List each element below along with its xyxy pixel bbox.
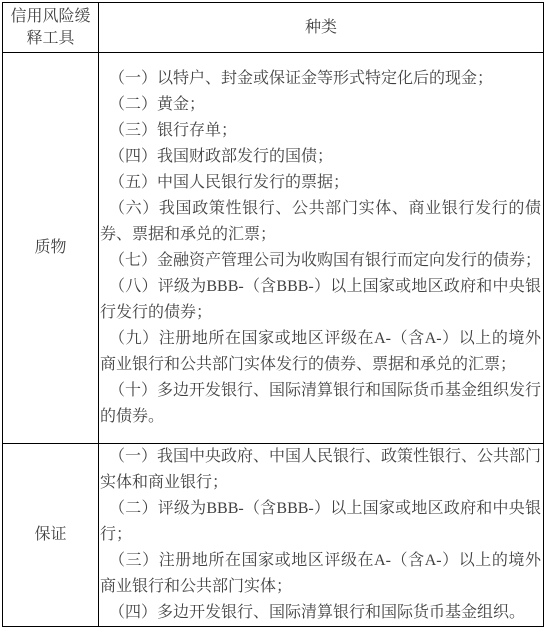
list-item: （四）我国财政部发行的国债；: [100, 144, 541, 170]
list-item: （二）黄金；: [100, 92, 541, 118]
list-item: （七）金融资产管理公司为收购国有银行而定向发行的债券；: [100, 248, 541, 274]
table-row-pledge: 质物 （一）以特户、封金或保证金等形式特定化后的现金； （二）黄金； （三）银行…: [3, 53, 544, 444]
table-header-row: 信用风险缓释工具 种类: [3, 3, 544, 53]
list-item: （九）注册地所在国家或地区评级在A-（含A-）以上的境外商业银行和公共部门实体发…: [100, 326, 541, 378]
header-cell-tool: 信用风险缓释工具: [3, 3, 99, 53]
header-cell-type: 种类: [99, 3, 544, 53]
guarantee-items-cell: （一）我国中央政府、中国人民银行、政策性银行、公共部门实体和商业银行； （二）评…: [99, 444, 544, 627]
row-label-guarantee: 保证: [3, 444, 99, 627]
list-item: （一）我国中央政府、中国人民银行、政策性银行、公共部门实体和商业银行；: [100, 444, 541, 496]
list-item: （八）评级为BBB-（含BBB-）以上国家或地区政府和中央银行发行的债券；: [100, 274, 541, 326]
list-item: （三）注册地所在国家或地区评级在A-（含A-）以上的境外商业银行和公共部门实体；: [100, 548, 541, 600]
list-item: （三）银行存单；: [100, 118, 541, 144]
list-item: （六）我国政策性银行、公共部门实体、商业银行发行的债券、票据和承兑的汇票；: [100, 196, 541, 248]
document-page: 信用风险缓释工具 种类 质物 （一）以特户、封金或保证金等形式特定化后的现金； …: [0, 2, 545, 627]
table-row-guarantee: 保证 （一）我国中央政府、中国人民银行、政策性银行、公共部门实体和商业银行； （…: [3, 444, 544, 627]
list-item: （一）以特户、封金或保证金等形式特定化后的现金；: [100, 66, 541, 92]
row-label-pledge: 质物: [3, 53, 99, 444]
list-item: （十）多边开发银行、国际清算银行和国际货币基金组织发行的债券。: [100, 378, 541, 430]
list-item: （四）多边开发银行、国际清算银行和国际货币基金组织。: [100, 600, 541, 626]
list-item: （二）评级为BBB-（含BBB-）以上国家或地区政府和中央银行；: [100, 496, 541, 548]
list-item: （五）中国人民银行发行的票据；: [100, 170, 541, 196]
pledge-items-cell: （一）以特户、封金或保证金等形式特定化后的现金； （二）黄金； （三）银行存单；…: [99, 53, 544, 444]
credit-risk-mitigation-table: 信用风险缓释工具 种类 质物 （一）以特户、封金或保证金等形式特定化后的现金； …: [2, 2, 544, 627]
